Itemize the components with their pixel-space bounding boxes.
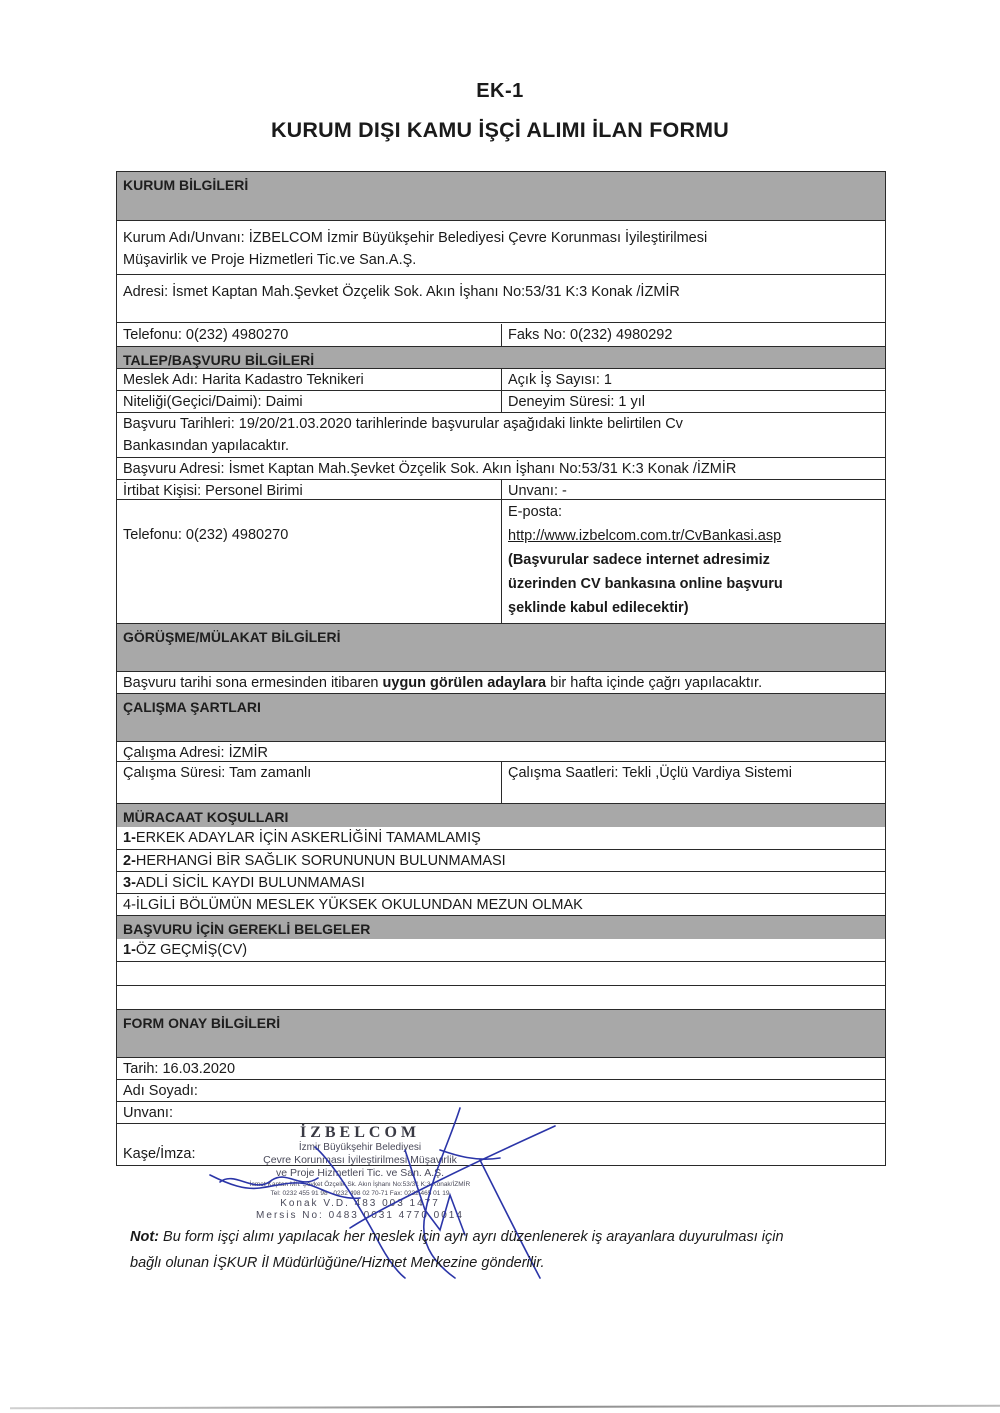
item-text: HERHANGİ BİR SAĞLIK SORUNUNUN BULUNMAMAS… <box>136 853 506 869</box>
row-approver-title: Unvanı: <box>117 1101 885 1123</box>
section-header-onay: FORM ONAY BİLGİLERİ <box>117 1009 885 1057</box>
contact-person: İrtibat Kişisi: Personel Birimi <box>117 480 502 499</box>
section-header-belgeler: BAŞVURU İÇİN GEREKLİ BELGELER <box>117 915 885 939</box>
row-approval-date: Tarih: 16.03.2020 <box>117 1057 885 1079</box>
contact-email-block: E-posta: http://www.izbelcom.com.tr/CvBa… <box>502 500 885 623</box>
institution-phone: Telefonu: 0(232) 4980270 <box>117 324 502 346</box>
row-kurum-contact: Telefonu: 0(232) 4980270 Faks No: 0(232)… <box>117 322 885 346</box>
row-contact-details: Telefonu: 0(232) 4980270 E-posta: http:/… <box>117 499 885 623</box>
document-item <box>117 962 885 985</box>
email-label: E-posta: <box>508 500 879 524</box>
note-text-line2: bağlı olunan İŞKUR İl Müdürlüğüne/Hizmet… <box>130 1250 910 1276</box>
application-dates-line2: Bankasından yapılacaktır. <box>123 435 879 457</box>
form-title: KURUM DIŞI KAMU İŞÇİ ALIMI İLAN FORMU <box>0 118 1000 143</box>
row-nature: Niteliği(Geçici/Daimi): Daimi Deneyim Sü… <box>117 390 885 412</box>
list-item: 3-ADLİ SİCİL KAYDI BULUNMAMASI <box>117 871 885 893</box>
open-positions: Açık İş Sayısı: 1 <box>502 369 885 390</box>
section-header-talep: TALEP/BAŞVURU BİLGİLERİ <box>117 346 885 368</box>
section-header-gorusme: GÖRÜŞME/MÜLAKAT BİLGİLERİ <box>117 623 885 671</box>
item-text: İLGİLİ BÖLÜMÜN MESLEK YÜKSEK OKULUNDAN M… <box>136 897 583 913</box>
row-kurum-address: Adresi: İsmet Kaptan Mah.Şevket Özçelik … <box>117 274 885 322</box>
item-number: 3- <box>123 875 136 891</box>
contact-title: Unvanı: - <box>502 480 885 499</box>
institution-name-line2: Müşavirlik ve Proje Hizmetleri Tic.ve Sa… <box>123 249 879 271</box>
row-interview-info: Başvuru tarihi sona ermesinden itibaren … <box>117 671 885 693</box>
employment-nature: Niteliği(Geçici/Daimi): Daimi <box>117 391 502 412</box>
section-title: GÖRÜŞME/MÜLAKAT BİLGİLERİ <box>117 624 885 671</box>
section-title: MÜRACAAT KOŞULLARI <box>117 804 885 827</box>
item-number: 2- <box>123 853 136 869</box>
interview-text-before: Başvuru tarihi sona ermesinden itibaren <box>123 675 383 691</box>
institution-name-line1: Kurum Adı/Unvanı: İZBELCOM İzmir Büyükşe… <box>123 227 879 249</box>
row-work-terms: Çalışma Süresi: Tam zamanlı Çalışma Saat… <box>117 761 885 803</box>
requirement-item: 1-ERKEK ADAYLAR İÇİN ASKERLİĞİNİ TAMAMLA… <box>117 827 885 849</box>
stamp-line4: ve Proje Hizmetleri Tic. ve San. A.Ş. <box>205 1167 515 1180</box>
interview-text-bold: uygun görülen adaylara <box>383 675 547 691</box>
contact-phone: Telefonu: 0(232) 4980270 <box>117 500 502 623</box>
job-posting-form: KURUM BİLGİLERİ Kurum Adı/Unvanı: İZBELC… <box>116 171 886 1166</box>
item-number: 1- <box>123 942 136 958</box>
email-note-line1: (Başvurular sadece internet adresimiz <box>508 548 879 572</box>
stamp-line8: Mersis No: 0483 0031 4770 0014 <box>205 1210 515 1222</box>
row-stamp-signature: Kaşe/İmza: <box>117 1123 885 1165</box>
requirements-list: 1-ERKEK ADAYLAR İÇİN ASKERLİĞİNİ TAMAMLA… <box>117 827 885 915</box>
section-header-muracaat: MÜRACAAT KOŞULLARI <box>117 803 885 827</box>
list-item <box>117 985 885 1009</box>
section-title: ÇALIŞMA ŞARTLARI <box>117 694 885 741</box>
requirement-item: 3-ADLİ SİCİL KAYDI BULUNMAMASI <box>117 872 885 893</box>
row-work-address: Çalışma Adresi: İZMİR <box>117 741 885 761</box>
work-duration: Çalışma Süresi: Tam zamanlı <box>117 762 502 803</box>
requirement-item: 4-İLGİLİ BÖLÜMÜN MESLEK YÜKSEK OKULUNDAN… <box>117 894 885 915</box>
row-approver-name: Adı Soyadı: <box>117 1079 885 1101</box>
note-text-line1: Bu form işçi alımı yapılacak her meslek … <box>159 1229 784 1245</box>
email-note-line3: şeklinde kabul edilecektir) <box>508 596 879 620</box>
work-address: Çalışma Adresi: İZMİR <box>117 742 885 761</box>
list-item: 4-İLGİLİ BÖLÜMÜN MESLEK YÜKSEK OKULUNDAN… <box>117 893 885 915</box>
row-application-dates: Başvuru Tarihleri: 19/20/21.03.2020 tari… <box>117 412 885 457</box>
institution-name: Kurum Adı/Unvanı: İZBELCOM İzmir Büyükşe… <box>117 221 885 274</box>
documents-list: 1-ÖZ GEÇMİŞ(CV) <box>117 939 885 1009</box>
institution-fax: Faks No: 0(232) 4980292 <box>502 324 885 346</box>
cv-bank-link[interactable]: http://www.izbelcom.com.tr/CvBankasi.asp <box>508 524 879 548</box>
row-application-address: Başvuru Adresi: İsmet Kaptan Mah.Şevket … <box>117 457 885 479</box>
email-note-line2: üzerinden CV bankasına online başvuru <box>508 572 879 596</box>
stamp-line5: İsmet Kaptan Mh. Şevket Özçelik Sk. Akın… <box>205 1180 515 1189</box>
section-title: TALEP/BAŞVURU BİLGİLERİ <box>117 347 885 368</box>
stamp-signature-label: Kaşe/İmza: <box>117 1143 885 1165</box>
application-dates-line1: Başvuru Tarihleri: 19/20/21.03.2020 tari… <box>123 413 879 435</box>
interview-text-after: bir hafta içinde çağrı yapılacaktır. <box>546 675 762 691</box>
work-hours: Çalışma Saatleri: Tekli ,Üçlü Vardiya Si… <box>502 762 885 803</box>
institution-address: Adresi: İsmet Kaptan Mah.Şevket Özçelik … <box>117 275 885 322</box>
section-title: FORM ONAY BİLGİLERİ <box>117 1010 885 1057</box>
application-address: Başvuru Adresi: İsmet Kaptan Mah.Şevket … <box>117 458 885 479</box>
section-title: KURUM BİLGİLERİ <box>117 172 885 220</box>
row-contact-person: İrtibat Kişisi: Personel Birimi Unvanı: … <box>117 479 885 499</box>
approver-name-label: Adı Soyadı: <box>117 1080 885 1101</box>
list-item <box>117 961 885 985</box>
list-item: 1-ERKEK ADAYLAR İÇİN ASKERLİĞİNİ TAMAMLA… <box>117 827 885 849</box>
scan-edge-line <box>10 1405 1000 1410</box>
note-label: Not: <box>130 1229 159 1245</box>
experience-duration: Deneyim Süresi: 1 yıl <box>502 391 885 412</box>
item-number: 1- <box>123 830 136 846</box>
interview-info: Başvuru tarihi sona ermesinden itibaren … <box>117 672 885 693</box>
document-item <box>117 986 885 1009</box>
profession-name: Meslek Adı: Harita Kadastro Teknikeri <box>117 369 502 390</box>
section-header-kurum: KURUM BİLGİLERİ <box>117 172 885 220</box>
list-item: 2-HERHANGİ BİR SAĞLIK SORUNUNUN BULUNMAM… <box>117 849 885 871</box>
requirement-item: 2-HERHANGİ BİR SAĞLIK SORUNUNUN BULUNMAM… <box>117 850 885 871</box>
footer-note: Not: Bu form işçi alımı yapılacak her me… <box>130 1224 910 1276</box>
annex-label: EK-1 <box>0 80 1000 103</box>
approval-date: Tarih: 16.03.2020 <box>117 1058 885 1079</box>
application-dates: Başvuru Tarihleri: 19/20/21.03.2020 tari… <box>117 413 885 457</box>
section-title: BAŞVURU İÇİN GEREKLİ BELGELER <box>117 916 885 939</box>
item-text: ÖZ GEÇMİŞ(CV) <box>136 942 247 958</box>
item-text: ERKEK ADAYLAR İÇİN ASKERLİĞİNİ TAMAMLAMI… <box>136 830 481 846</box>
list-item: 1-ÖZ GEÇMİŞ(CV) <box>117 939 885 961</box>
item-text: ADLİ SİCİL KAYDI BULUNMAMASI <box>136 875 365 891</box>
approver-title-label: Unvanı: <box>117 1102 885 1123</box>
stamp-line7: Konak V.D. 483 003 1477 <box>205 1198 515 1210</box>
item-number: 4- <box>123 897 136 913</box>
row-profession: Meslek Adı: Harita Kadastro Teknikeri Aç… <box>117 368 885 390</box>
document-item: 1-ÖZ GEÇMİŞ(CV) <box>117 939 885 961</box>
section-header-calisma: ÇALIŞMA ŞARTLARI <box>117 693 885 741</box>
stamp-line6: Tel: 0232 455 91 98 - 0232 498 02 70-71 … <box>205 1189 515 1198</box>
row-kurum-name: Kurum Adı/Unvanı: İZBELCOM İzmir Büyükşe… <box>117 220 885 274</box>
